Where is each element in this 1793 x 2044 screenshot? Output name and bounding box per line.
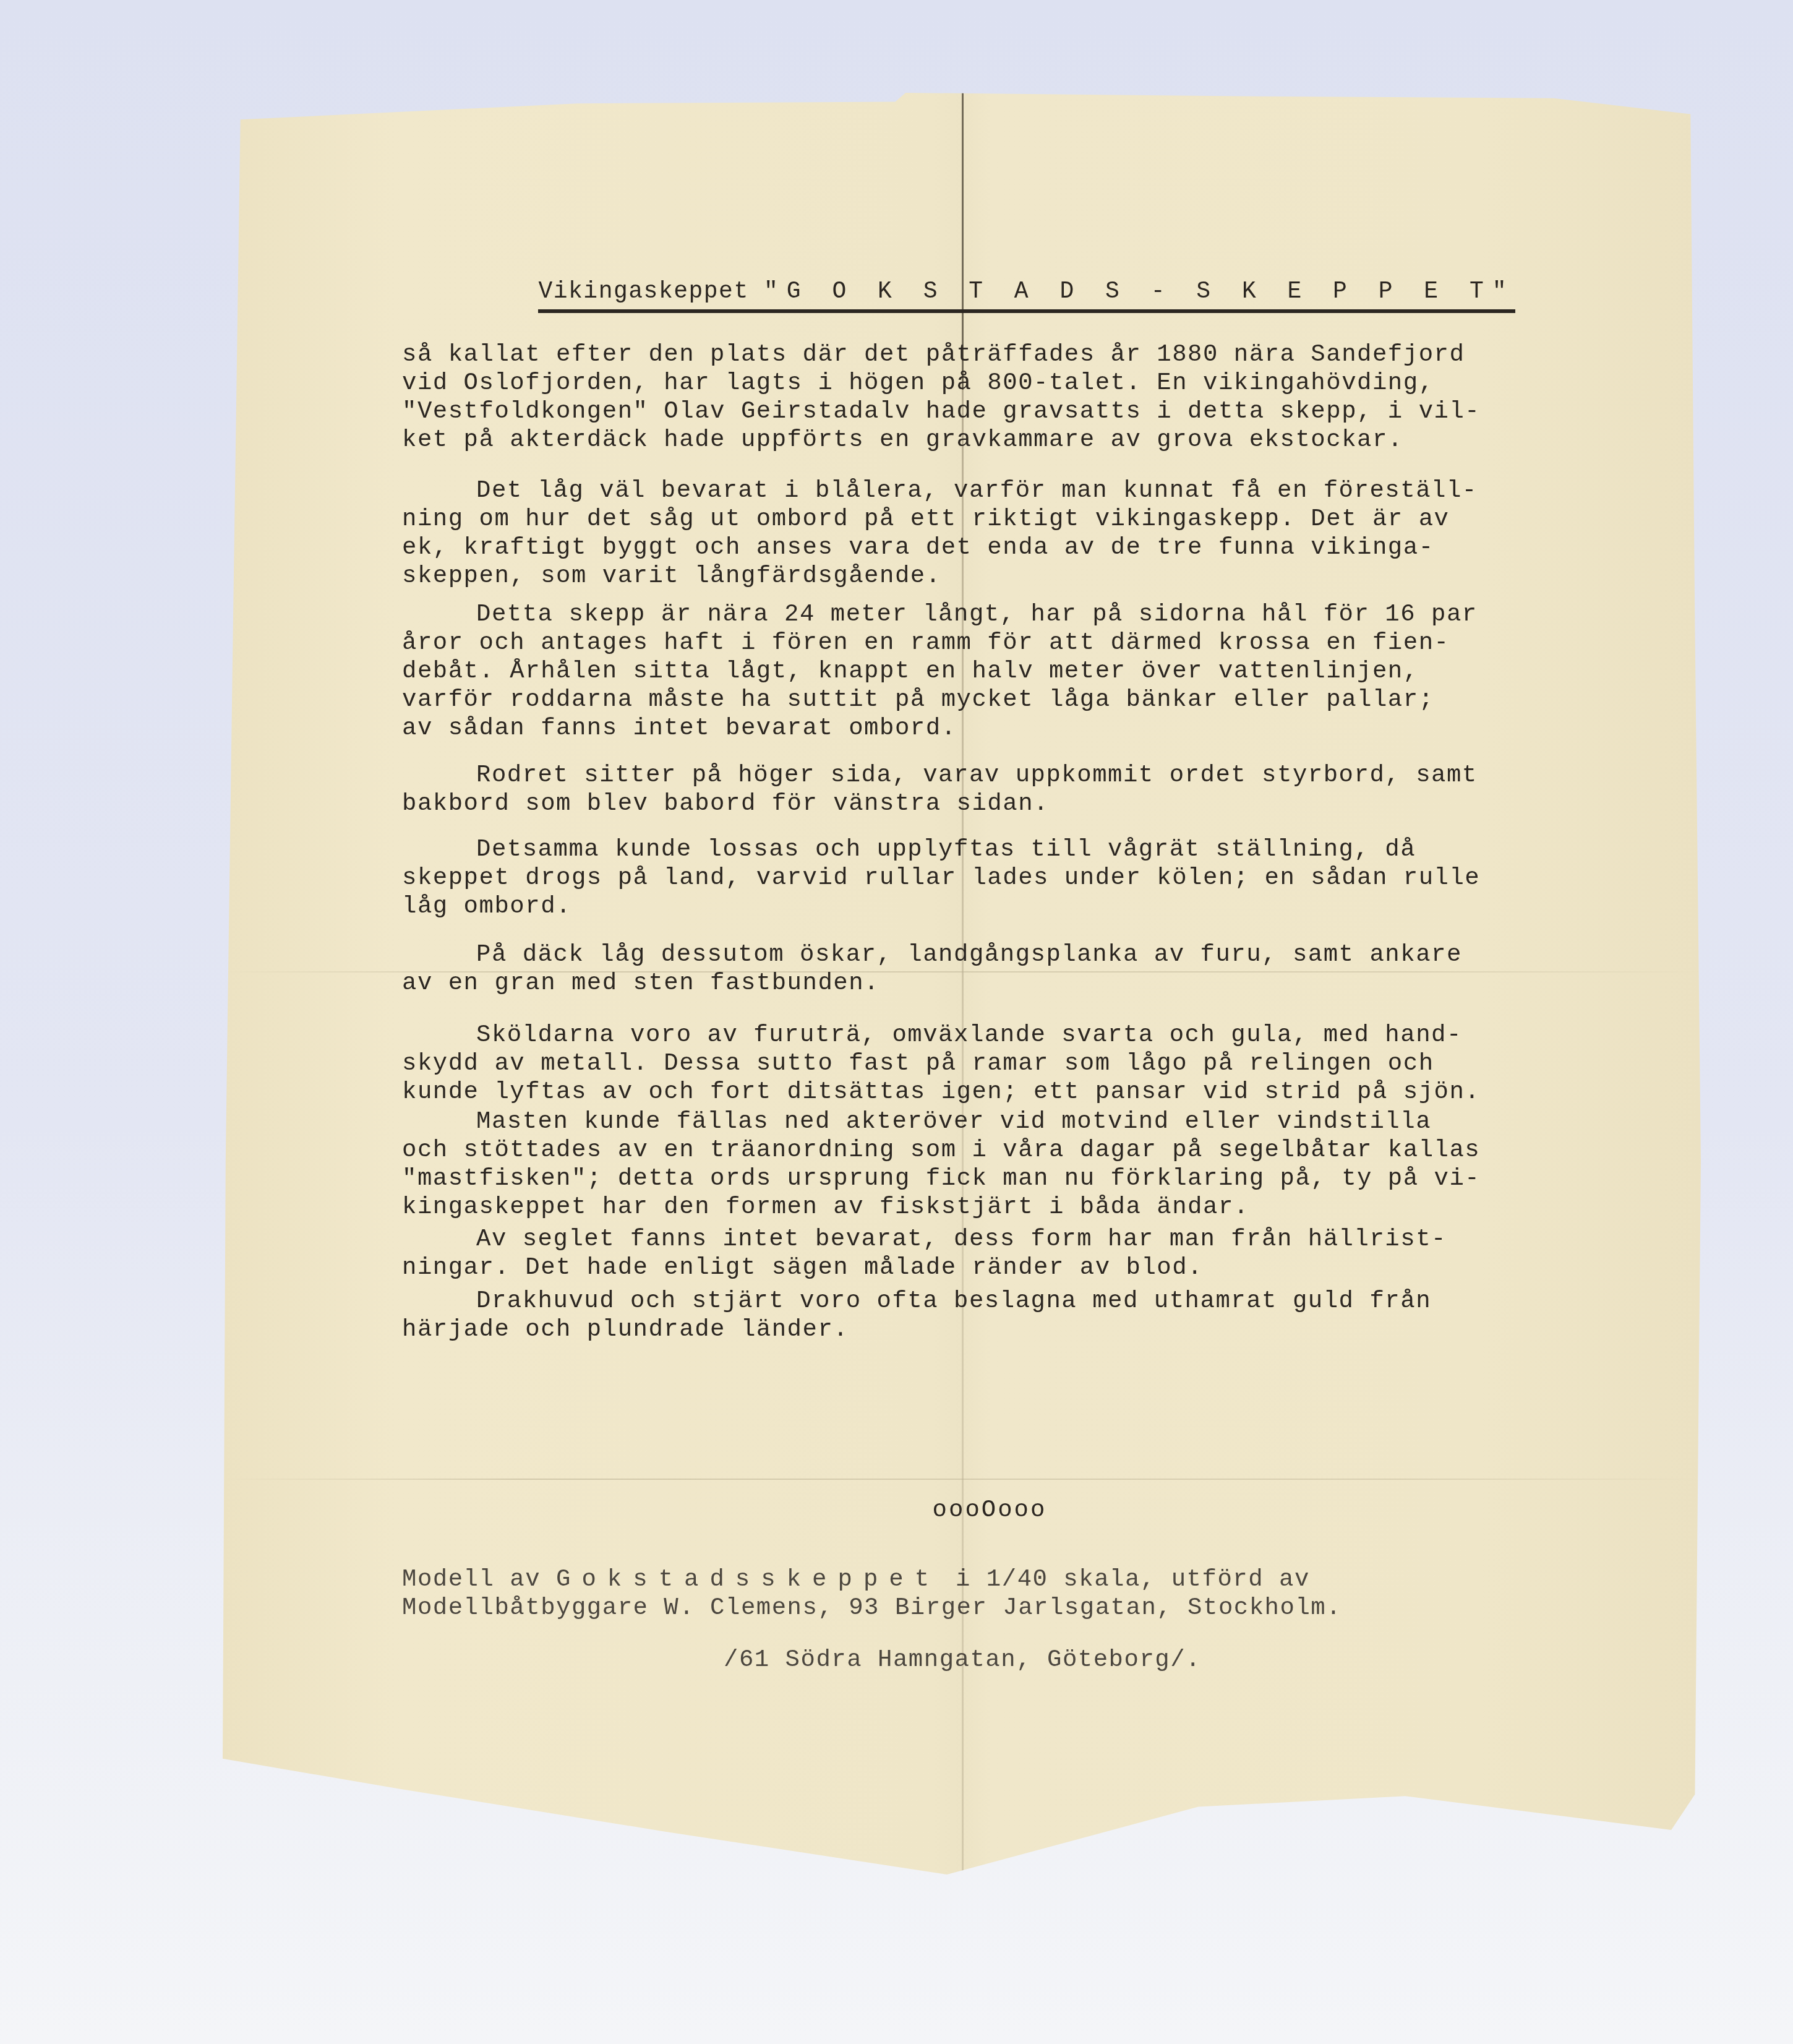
title-ship-name: "G O K S T A D S - S K E P P E T": [764, 278, 1515, 305]
text-line: skydd av metall. Dessa sutto fast på ram…: [402, 1049, 1577, 1078]
text-line: "Vestfoldkongen" Olav Geirstadalv hade g…: [402, 397, 1577, 426]
paragraph: Drakhuvud och stjärt voro ofta beslagna …: [402, 1287, 1577, 1344]
paragraph: Det låg väl bevarat i blålera, varför ma…: [402, 476, 1577, 590]
text-line: ning om hur det såg ut ombord på ett rik…: [402, 505, 1577, 533]
paragraph: Detsamma kunde lossas och upplyftas till…: [402, 835, 1577, 921]
text-line: och stöttades av en träanordning som i v…: [402, 1136, 1577, 1164]
text-line: ket på akterdäck hade uppförts en gravka…: [402, 426, 1577, 454]
text-line: vid Oslofjorden, har lagts i högen på 80…: [402, 369, 1577, 397]
text-line: skeppet drogs på land, varvid rullar lad…: [402, 864, 1577, 892]
paragraph: Detta skepp är nära 24 meter långt, har …: [402, 600, 1577, 742]
colophon-address: /61 Södra Hamngatan, Göteborg/.: [724, 1646, 1201, 1674]
text-line: skeppen, som varit långfärdsgående.: [402, 562, 1577, 590]
text-line: Drakhuvud och stjärt voro ofta beslagna …: [402, 1287, 1577, 1315]
title-prefix: Vikingaskeppet: [538, 278, 764, 305]
text-line: ningar. Det hade enligt sägen målade rän…: [402, 1253, 1577, 1282]
text-line: låg ombord.: [402, 892, 1577, 921]
text-line: varför roddarna måste ha suttit på mycke…: [402, 685, 1577, 714]
text-line: åror och antages haft i fören en ramm fö…: [402, 629, 1577, 657]
text-line: Sköldarna voro av furuträ, omväxlande sv…: [402, 1021, 1577, 1049]
text-line: debåt. Århålen sitta lågt, knappt en hal…: [402, 657, 1577, 685]
text-line: av en gran med sten fastbunden.: [402, 969, 1577, 997]
paragraph: Masten kunde fällas ned akteröver vid mo…: [402, 1107, 1577, 1221]
paragraph: Sköldarna voro av furuträ, omväxlande sv…: [402, 1021, 1577, 1106]
title-underlined: Vikingaskeppet "G O K S T A D S - S K E …: [538, 278, 1515, 313]
text-line: Masten kunde fällas ned akteröver vid mo…: [402, 1107, 1577, 1136]
text-line: härjade och plundrade länder.: [402, 1315, 1577, 1344]
text-line: Detsamma kunde lossas och upplyftas till…: [402, 835, 1577, 864]
text-line: kunde lyftas av och fort ditsättas igen;…: [402, 1078, 1577, 1106]
horizontal-fold-crease: [223, 1479, 1701, 1480]
text-line: så kallat efter den plats där det påträf…: [402, 340, 1577, 369]
text-line: Av seglet fanns intet bevarat, dess form…: [402, 1225, 1577, 1253]
text-line: bakbord som blev babord för vänstra sida…: [402, 789, 1577, 818]
typewritten-sheet: Vikingaskeppet "G O K S T A D S - S K E …: [223, 93, 1701, 1874]
document-title: Vikingaskeppet "G O K S T A D S - S K E …: [402, 278, 1577, 313]
colophon-line-1: Modell av Gokstadsskeppet i 1/40 skala, …: [402, 1565, 1577, 1594]
paragraph: Av seglet fanns intet bevarat, dess form…: [402, 1225, 1577, 1282]
colophon-ship-name: Gokstadsskeppet: [556, 1566, 940, 1593]
paragraph: så kallat efter den plats där det påträf…: [402, 340, 1577, 454]
paragraph: På däck låg dessutom öskar, landgångspla…: [402, 940, 1577, 997]
text-line: Detta skepp är nära 24 meter långt, har …: [402, 600, 1577, 629]
text-line: Rodret sitter på höger sida, varav uppko…: [402, 761, 1577, 789]
colophon-line-2: Modellbåtbyggare W. Clemens, 93 Birger J…: [402, 1594, 1577, 1622]
paragraph: Rodret sitter på höger sida, varav uppko…: [402, 761, 1577, 818]
text-line: kingaskeppet har den formen av fiskstjär…: [402, 1193, 1577, 1221]
text-line: "mastfisken"; detta ords ursprung fick m…: [402, 1164, 1577, 1193]
text-line: Det låg väl bevarat i blålera, varför ma…: [402, 476, 1577, 505]
section-separator: oooOooo: [402, 1496, 1577, 1524]
text-line: På däck låg dessutom öskar, landgångspla…: [402, 940, 1577, 969]
text-line: ek, kraftigt byggt och anses vara det en…: [402, 533, 1577, 562]
text-line: av sådan fanns intet bevarat ombord.: [402, 714, 1577, 742]
colophon: Modell av Gokstadsskeppet i 1/40 skala, …: [402, 1565, 1577, 1622]
